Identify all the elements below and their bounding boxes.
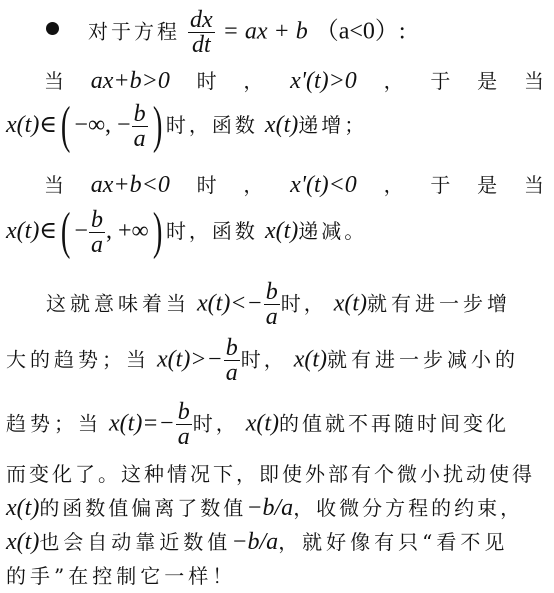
interval-increasing-line: x(t)∈(−∞, −ba)时，函数 x(t)递增；	[6, 100, 367, 152]
equation-rhs: = ax + b	[223, 19, 308, 45]
fraction-b-over-a: ba	[89, 208, 105, 257]
fraction-b-over-a: ba	[224, 336, 240, 385]
case-positive-line: 当 ax+b>0 时 ， x'(t)>0 ， 于 是 当	[44, 68, 544, 94]
paragraph-line-2: 大的趋势；当 x(t)>−ba时， x(t)就有进一步减小的	[6, 336, 519, 385]
bullet-icon	[46, 22, 59, 35]
case-negative-line: 当 ax+b<0 时 ， x'(t)<0 ， 于 是 当	[44, 172, 544, 198]
paragraph-line-1: 这就意味着当 x(t)<−ba时， x(t)就有进一步增	[46, 280, 511, 329]
condition: （a<0）:	[315, 19, 406, 45]
paragraph-line-7: 的手”在控制它一样！	[6, 563, 236, 590]
intro-text: 对于方程	[88, 20, 180, 44]
derivative-fraction: dx dt	[188, 8, 215, 57]
interval-decreasing-line: x(t)∈(−ba, +∞)时，函数 x(t)递减。	[6, 206, 367, 258]
paragraph-line-5: x(t)的函数值偏离了数值−b/a，收微分方程的约束，	[6, 495, 523, 522]
paragraph-line-4: 而变化了。这种情况下，即使外部有个微小扰动使得	[6, 461, 535, 488]
fraction-b-over-a: ba	[264, 280, 280, 329]
fraction-b-over-a: ba	[132, 102, 148, 151]
paragraph-line-6: x(t)也会自动靠近数值−b/a，就好像有只“看不见	[6, 529, 508, 556]
fraction-b-over-a: ba	[176, 400, 192, 449]
equation-line: 对于方程 dx dt = ax + b （a<0）:	[88, 8, 406, 57]
paragraph-line-3: 趋势；当 x(t)=−ba时， x(t)的值就不再随时间变化	[6, 400, 509, 449]
